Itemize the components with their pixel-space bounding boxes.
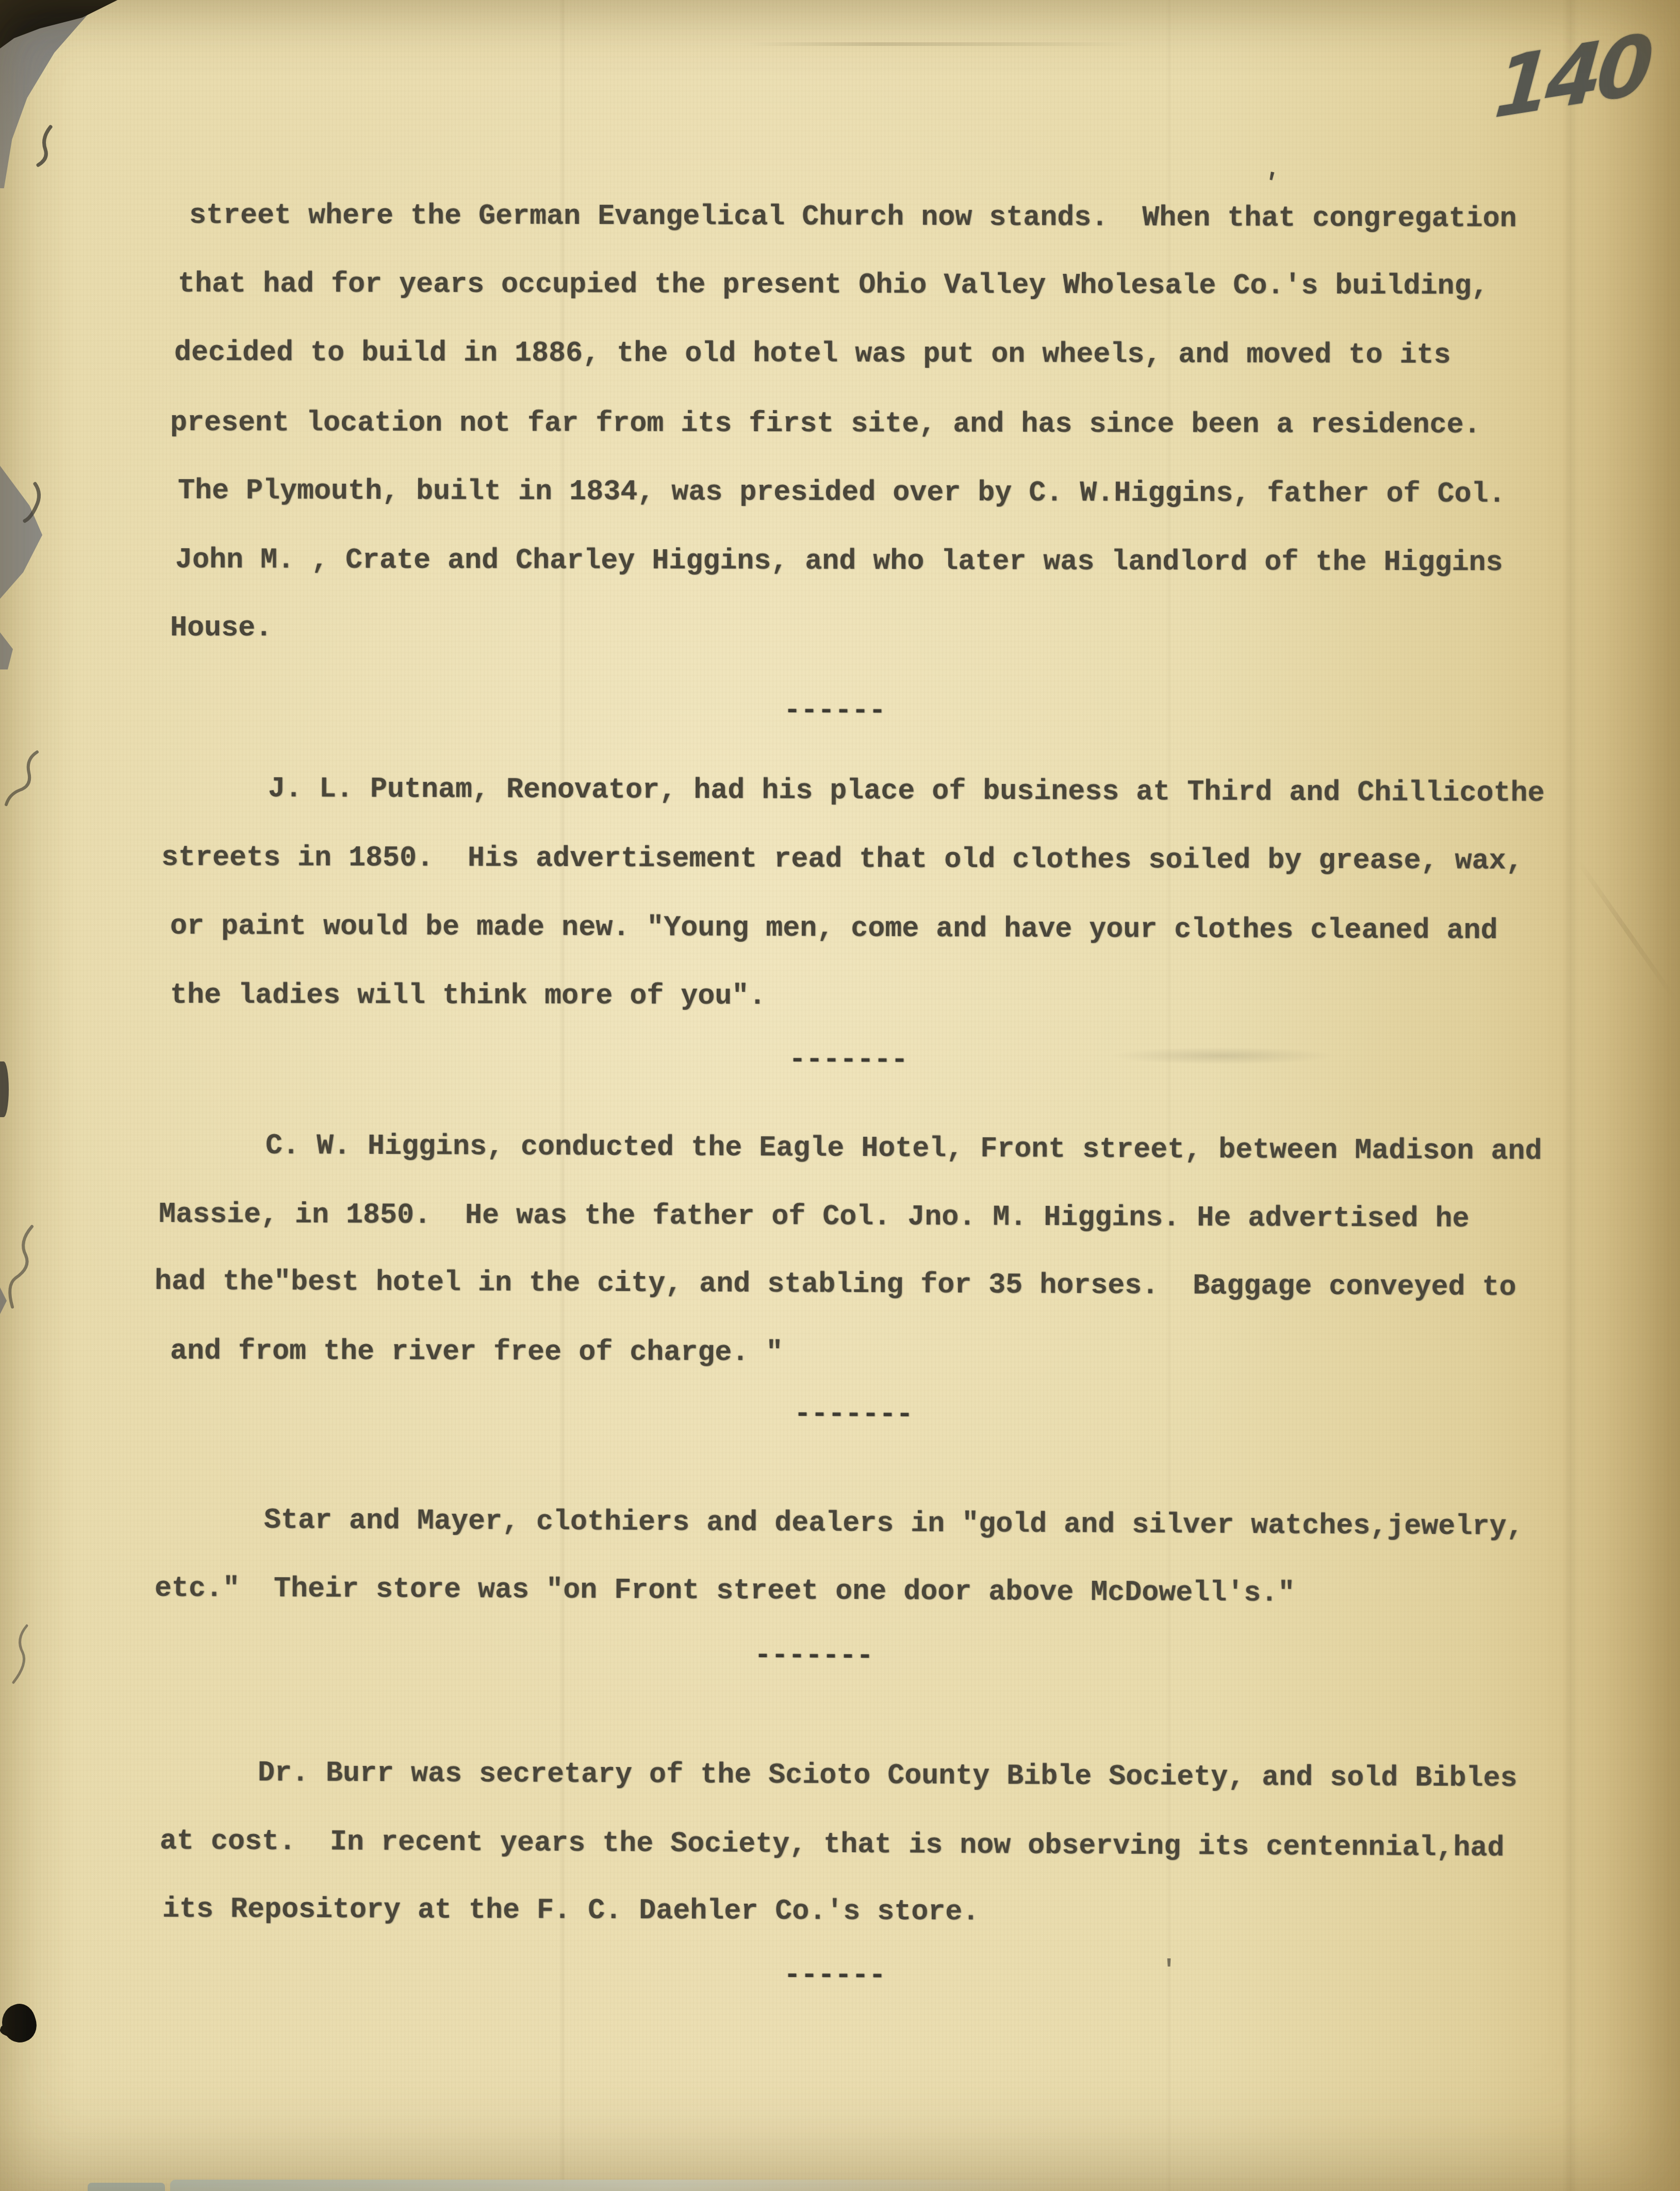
typed-line: or paint would be made new. "Young men, … xyxy=(170,911,1498,946)
typed-line: John M. , Crate and Charley Higgins, and… xyxy=(175,545,1503,578)
typed-line: at cost. In recent years the Society, th… xyxy=(160,1826,1505,1864)
scanner-backing-gray xyxy=(0,466,42,599)
scan-bottom-edge-strip xyxy=(88,2183,165,2191)
typed-line: House. xyxy=(170,613,272,644)
typed-line: the ladies will think more of you". xyxy=(170,980,766,1012)
stray-apostrophe-mark: ' xyxy=(1260,170,1280,198)
typed-line: and from the river free of charge. " xyxy=(170,1336,783,1368)
crease-line xyxy=(1576,860,1678,1002)
typed-line: decided to build in 1886, the old hotel … xyxy=(174,337,1451,371)
crease-line xyxy=(748,42,1140,46)
typed-line: present location not far from its first … xyxy=(170,407,1481,440)
separator-line: ------ xyxy=(784,695,886,727)
typed-line: etc." Their store was "on Front street o… xyxy=(155,1573,1295,1609)
typed-line: streets in 1850. His advertisement read … xyxy=(161,842,1523,877)
ink-blot xyxy=(0,1061,9,1117)
ink-smudge xyxy=(1109,1047,1336,1065)
typed-line: Star and Mayer, clothiers and dealers in… xyxy=(264,1505,1524,1543)
typed-line: C. W. Higgins, conducted the Eagle Hotel… xyxy=(266,1131,1542,1167)
scanner-backing-gray xyxy=(0,1287,7,1314)
typed-line: The Plymouth, built in 1834, was preside… xyxy=(178,476,1506,510)
typed-line: that had for years occupied the present … xyxy=(178,269,1489,302)
typed-line: had the"best hotel in the city, and stab… xyxy=(155,1266,1517,1303)
paper-hole-black-blob xyxy=(0,2023,19,2039)
crease-line xyxy=(1562,0,1578,2191)
typed-line: J. L. Putnam, Renovator, had his place o… xyxy=(268,774,1545,809)
separator-line: ------ xyxy=(784,1960,886,1991)
separator-line: ------- xyxy=(754,1640,874,1672)
scan-bottom-edge-strip xyxy=(170,2180,1067,2191)
page-number-handwritten: 140 xyxy=(1492,23,1652,130)
scanner-backing-black-corner xyxy=(0,0,118,52)
typed-line: its Repository at the F. C. Daehler Co.'… xyxy=(162,1894,979,1928)
stray-apostrophe-mark: ' xyxy=(1161,1958,1177,1984)
typed-line: street where the German Evangelical Chur… xyxy=(189,200,1517,235)
scanner-backing-gray xyxy=(0,632,13,669)
crease-line xyxy=(559,0,566,2191)
paper-hole-black-blob xyxy=(0,2000,41,2047)
scanned-typewritten-page: 140 ' ' street where the German Evangeli… xyxy=(0,0,1680,2191)
separator-line: ------- xyxy=(789,1044,908,1076)
typed-line: Dr. Burr was secretary of the Scioto Cou… xyxy=(258,1758,1518,1794)
typed-line: Massie, in 1850. He was the father of Co… xyxy=(159,1199,1470,1235)
scanner-backing-gray xyxy=(0,0,101,188)
separator-line: ------- xyxy=(794,1399,913,1430)
